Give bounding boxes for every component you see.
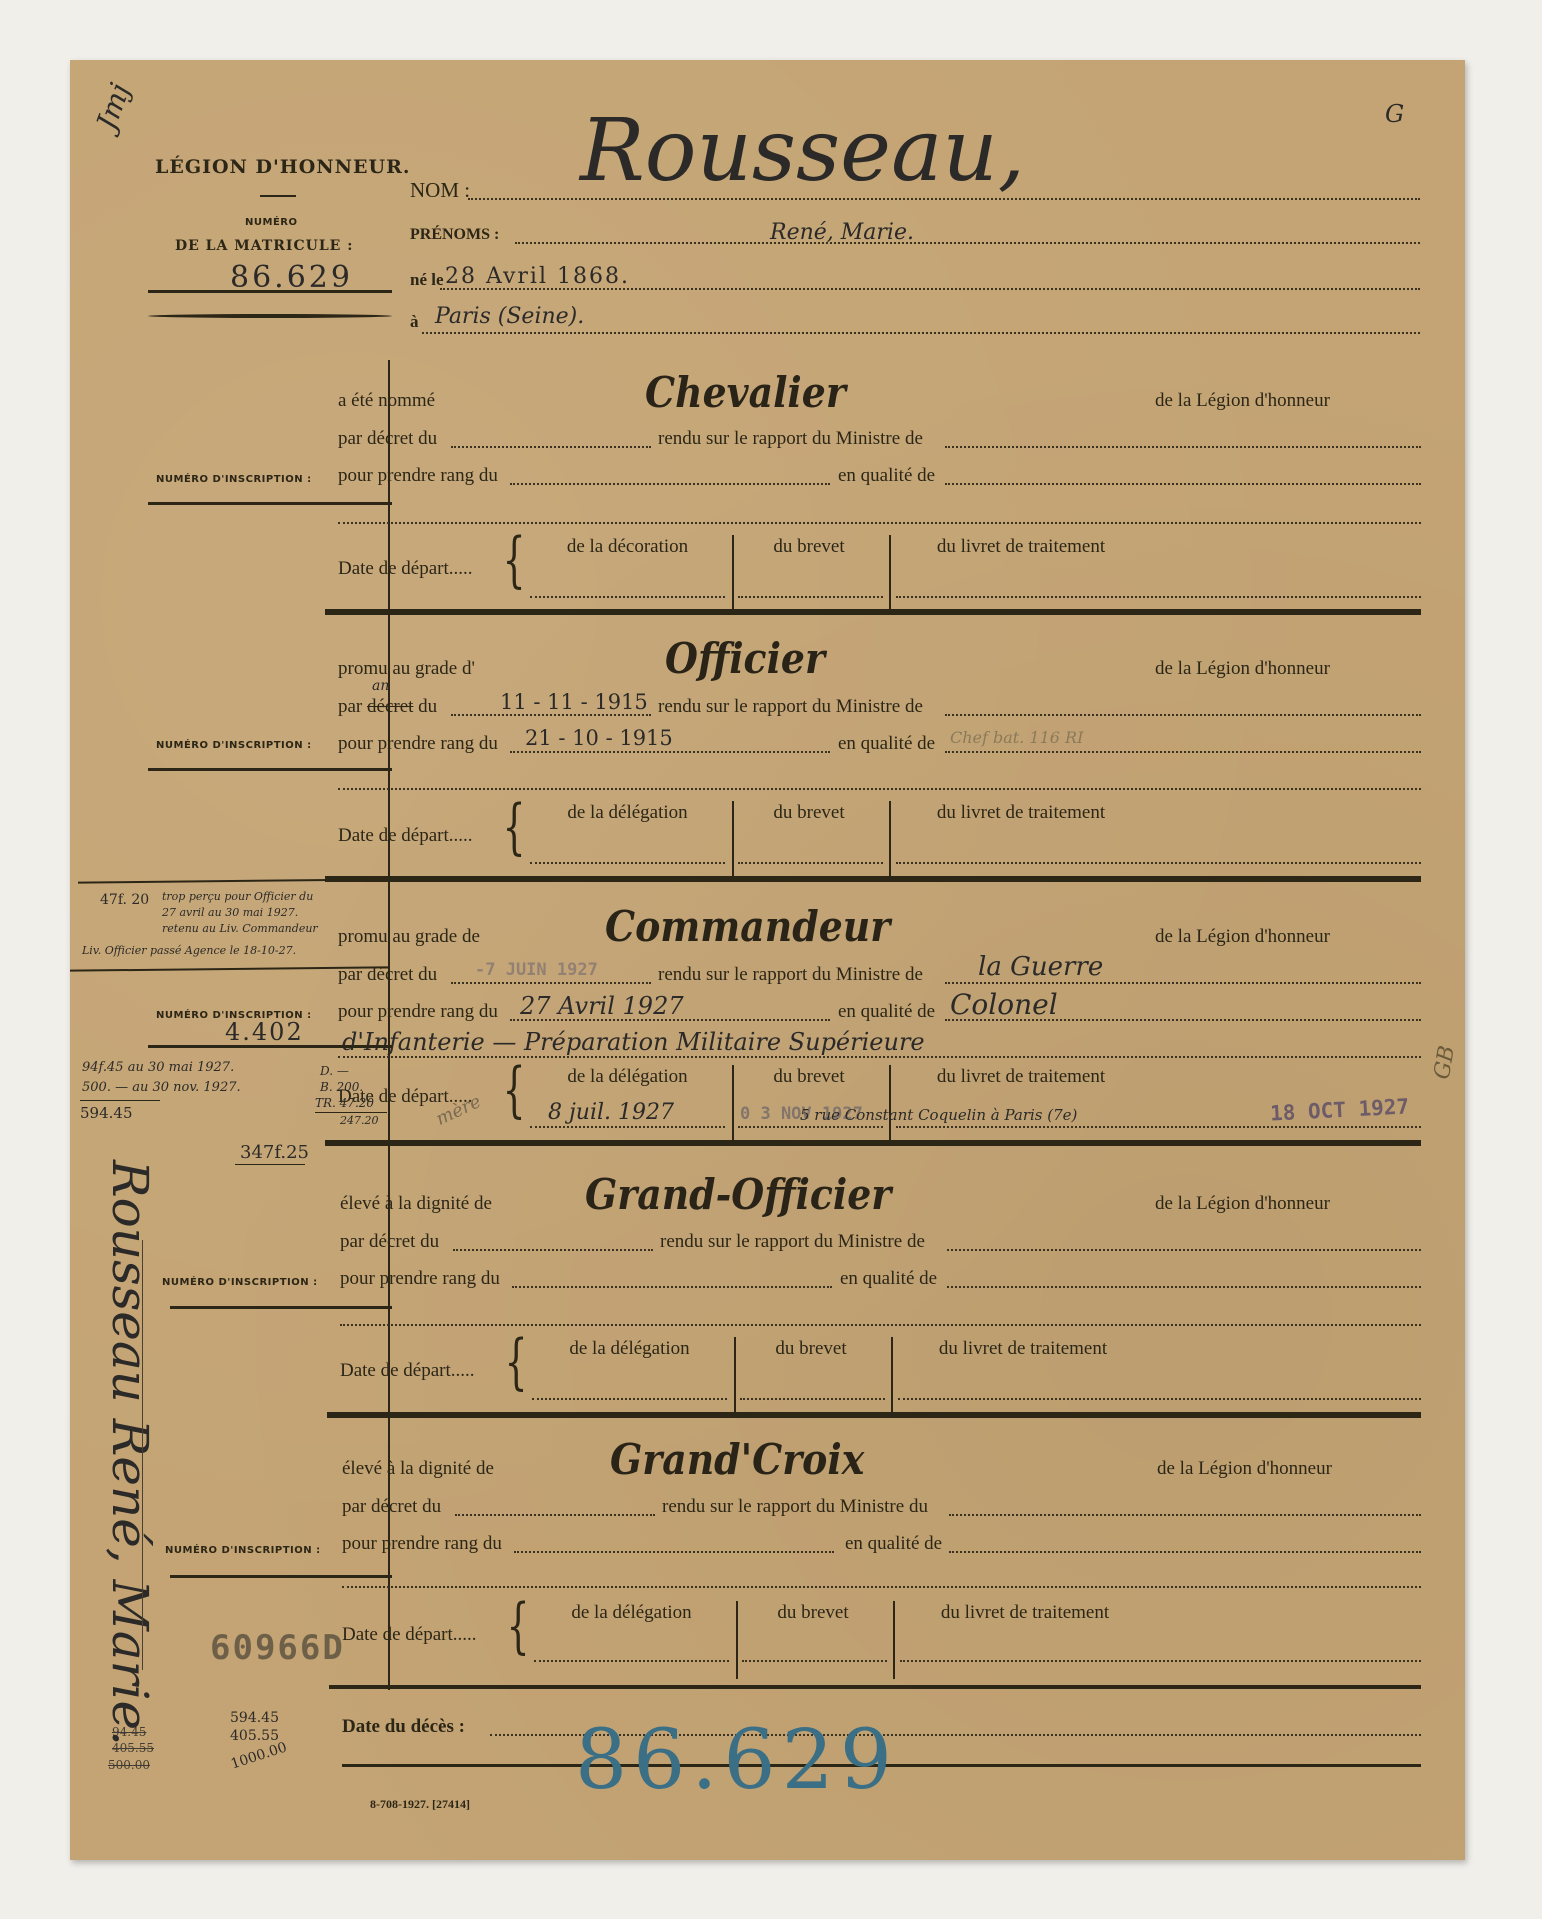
ministre-field[interactable]	[949, 1514, 1421, 1516]
qualite-value-line2: d'Infanterie — Préparation Militaire Sup…	[342, 1028, 925, 1056]
matricule-ornament	[148, 314, 392, 318]
depart-delegation-field[interactable]	[532, 1398, 727, 1400]
inscription-label: NUMÉRO D'INSCRIPTION :	[165, 1545, 321, 1556]
depart-livret-field[interactable]	[896, 1126, 1421, 1128]
inscription-line	[170, 1306, 392, 1309]
grade-title: Grand'Croix	[610, 1435, 864, 1484]
grade-title: Chevalier	[645, 368, 846, 417]
ne-le-value: 28 Avril 1868.	[445, 264, 630, 289]
sum-a-3: 1000.00	[229, 1739, 289, 1772]
qualite-value: Colonel	[950, 988, 1058, 1021]
rendu-label: rendu sur le rapport du Ministre de	[660, 1231, 925, 1253]
qualite-label: en qualité de	[845, 1533, 942, 1555]
depart-brevet-field[interactable]	[738, 596, 883, 598]
col-delegation-head: de la délégation	[534, 1602, 729, 1624]
qualite-label: en qualité de	[840, 1268, 937, 1290]
qualite-field[interactable]	[945, 483, 1421, 485]
rang-label: pour prendre rang du	[340, 1268, 500, 1290]
rang-label: pour prendre rang du	[338, 1001, 498, 1023]
deces-label: Date du décès :	[342, 1716, 465, 1738]
qualite-field-line2[interactable]	[338, 522, 1421, 524]
date-depart-label: Date de départ.....	[338, 558, 473, 580]
vertical-name-container: Rousseau René, Marie.	[100, 1160, 160, 1680]
decret-label-prefix: par décret du	[338, 696, 437, 718]
col-brevet-head: du brevet	[734, 802, 884, 824]
col-delegation-head: de la délégation	[530, 802, 725, 824]
qualite-label: en qualité de	[838, 1001, 935, 1023]
rang-date-field[interactable]	[510, 483, 830, 485]
calc-total: 594.45	[80, 1104, 133, 1122]
legion-suffix: de la Légion d'honneur	[1155, 390, 1330, 412]
rendu-label: rendu sur le rapport du Ministre de	[658, 696, 923, 718]
qualite-field[interactable]	[947, 1286, 1421, 1288]
calc-line1: 94f.45 au 30 mai 1927.	[82, 1060, 234, 1075]
legion-suffix: de la Légion d'honneur	[1155, 658, 1330, 680]
decret-label: par décret du	[342, 1496, 441, 1518]
ministre-field[interactable]	[945, 982, 1421, 984]
numero-label: NUMÉRO	[245, 217, 297, 228]
balance-amount: 347f.25	[240, 1142, 309, 1163]
grade-title: Officier	[665, 634, 825, 683]
decret-date-field[interactable]	[451, 982, 651, 984]
deduction-total: 247.20	[340, 1114, 379, 1127]
vertical-name-rule	[142, 1240, 143, 1670]
qualite-field-line2[interactable]	[342, 1586, 1421, 1588]
intro-label: promu au grade de	[338, 926, 480, 948]
sum-b-2: 405.55	[112, 1741, 154, 1755]
col-livret-head: du livret de traitement	[891, 1066, 1151, 1088]
qualite-field-line2[interactable]	[340, 1324, 1421, 1326]
ministre-field[interactable]	[945, 446, 1421, 448]
decret-label: par décret du	[338, 428, 437, 450]
calc-rule	[80, 1100, 160, 1101]
rang-label: pour prendre rang du	[342, 1533, 502, 1555]
depart-delegation-field[interactable]	[534, 1660, 729, 1662]
depart-brevet-field[interactable]	[738, 862, 883, 864]
vertical-name: Rousseau René, Marie.	[100, 1160, 160, 1680]
legion-suffix: de la Légion d'honneur	[1155, 926, 1330, 948]
rang-date-field[interactable]	[510, 751, 830, 753]
inscription-line	[148, 1045, 392, 1048]
order-title: LÉGION D'HONNEUR.	[155, 156, 410, 178]
qualite-field[interactable]	[949, 1551, 1421, 1553]
prenoms-line[interactable]	[515, 242, 1420, 244]
depart-decoration-field[interactable]	[530, 596, 725, 598]
depart-livret-field[interactable]	[898, 1398, 1421, 1400]
section-separator	[325, 609, 1421, 615]
decret-label: par décret du	[338, 964, 437, 986]
qualite-field-line2[interactable]	[338, 788, 1421, 790]
a-label: à	[410, 312, 419, 332]
legion-suffix: de la Légion d'honneur	[1157, 1458, 1332, 1480]
col-brevet-head: du brevet	[738, 1602, 888, 1624]
inscription-line	[170, 1575, 392, 1578]
col-brevet-head: du brevet	[736, 1338, 886, 1360]
rendu-label: rendu sur le rapport du Ministre du	[662, 1496, 928, 1518]
personnel-record-card: Jmj G LÉGION D'HONNEUR. NUMÉRO DE LA MAT…	[70, 60, 1465, 1860]
decret-date-field[interactable]	[451, 446, 651, 448]
depart-livret-field[interactable]	[896, 596, 1421, 598]
col-decoration-head: de la décoration	[530, 536, 725, 558]
date-depart-label: Date de départ.....	[338, 825, 473, 847]
brace-icon: {	[503, 797, 526, 857]
grade-title: Commandeur	[605, 902, 890, 951]
section-separator	[325, 1140, 1421, 1146]
date-depart-label: Date de départ.....	[342, 1624, 477, 1646]
col-brevet-head: du brevet	[734, 1066, 884, 1088]
col-livret-head: du livret de traitement	[891, 536, 1151, 558]
intro-label: promu au grade d'	[338, 658, 475, 680]
ne-le-label: né le	[410, 270, 444, 290]
a-line[interactable]	[422, 332, 1420, 334]
qualite-field[interactable]	[945, 751, 1421, 753]
rang-date-value: 27 Avril 1927	[520, 992, 684, 1020]
date-depart-label: Date de départ.....	[340, 1360, 475, 1382]
depart-livret-field[interactable]	[896, 862, 1421, 864]
print-reference: 8-708-1927. [27414]	[370, 1797, 470, 1812]
ministre-field[interactable]	[945, 714, 1421, 716]
corner-initials-left: Jmj	[90, 79, 137, 134]
corner-initials-right: G	[1385, 100, 1404, 128]
decret-date-field[interactable]	[455, 1514, 655, 1516]
rang-date-field[interactable]	[514, 1551, 834, 1553]
prenoms-label: PRÉNOMS :	[410, 226, 499, 244]
matricule-label: DE LA MATRICULE :	[175, 238, 353, 254]
col-brevet-head: du brevet	[734, 536, 884, 558]
inscription-label: NUMÉRO D'INSCRIPTION :	[162, 1277, 318, 1288]
blue-matricule-number: 86.629	[575, 1720, 898, 1802]
sum-b-1: 94.45	[112, 1725, 146, 1739]
legion-suffix: de la Légion d'honneur	[1155, 1193, 1330, 1215]
decret-label: par décret du	[340, 1231, 439, 1253]
decret-date-stamp: -7 JUIN 1927	[475, 960, 598, 980]
registry-stamp-number: 60966D	[210, 1628, 345, 1668]
qualite-label: en qualité de	[838, 733, 935, 755]
note-amount: 47f. 20	[100, 892, 149, 908]
brace-icon: {	[503, 530, 526, 590]
depart-livret-field[interactable]	[900, 1660, 1421, 1662]
birthplace-value: Paris (Seine).	[435, 304, 584, 329]
struck-decret: décret	[367, 696, 413, 717]
rendu-label: rendu sur le rapport du Ministre de	[658, 428, 923, 450]
section-separator	[327, 1412, 1421, 1418]
brace-icon: {	[503, 1060, 526, 1120]
col-delegation-head: de la délégation	[532, 1338, 727, 1360]
sum-a-1: 594.45	[230, 1710, 279, 1726]
intro-label: a été nommé	[338, 390, 435, 412]
depart-brevet-field[interactable]	[742, 1660, 887, 1662]
depart-delegation-field[interactable]	[530, 1126, 725, 1128]
matricule-underline	[148, 290, 392, 293]
title-divider	[260, 195, 296, 197]
qualite-field-line2[interactable]	[338, 1056, 1421, 1058]
grade-title: Grand-Officier	[585, 1170, 891, 1219]
sum-b-3: 500.00	[108, 1758, 150, 1772]
decret-date-field[interactable]	[453, 1249, 653, 1251]
inscription-line	[148, 502, 392, 505]
inscription-line	[148, 768, 392, 771]
sum-a-2: 405.55	[230, 1728, 279, 1744]
decret-correction: an	[372, 678, 389, 694]
deduction-b: B. 200.	[320, 1080, 363, 1094]
section-separator	[329, 1685, 1421, 1689]
col-livret-head: du livret de traitement	[893, 1338, 1153, 1360]
nom-label: NOM :	[410, 178, 470, 203]
inscription-value: 4.402	[225, 1018, 304, 1046]
calc-line2: 500. — au 30 nov. 1927.	[82, 1080, 241, 1095]
section-separator	[325, 876, 1421, 882]
depart-delegation-value: 8 juil. 1927	[548, 1100, 674, 1125]
intro-label: élevé à la dignité de	[340, 1193, 492, 1215]
deduction-tr: TR. 47.20	[315, 1096, 374, 1110]
inscription-label: NUMÉRO D'INSCRIPTION :	[156, 474, 312, 485]
note-line2: 27 avril au 30 mai 1927.	[162, 906, 298, 919]
rendu-label: rendu sur le rapport du Ministre de	[658, 964, 923, 986]
brace-icon: {	[505, 1332, 528, 1392]
depart-livret-address: 5 rue Constant Coquelin à Paris (7e)	[800, 1106, 1077, 1124]
decret-date-value: 11 - 11 - 1915	[500, 690, 648, 714]
intro-label: élevé à la dignité de	[342, 1458, 494, 1480]
balance-underline	[235, 1164, 305, 1165]
col-delegation-head: de la délégation	[530, 1066, 725, 1088]
ministre-field[interactable]	[947, 1249, 1421, 1251]
nom-value: Rousseau,	[580, 108, 1025, 194]
rang-label: pour prendre rang du	[338, 465, 498, 487]
deduction-rule	[315, 1112, 387, 1113]
rang-date-field[interactable]	[512, 1286, 832, 1288]
col-livret-head: du livret de traitement	[895, 1602, 1155, 1624]
ministre-value: la Guerre	[978, 952, 1103, 982]
depart-brevet-field[interactable]	[740, 1398, 885, 1400]
rang-label: pour prendre rang du	[338, 733, 498, 755]
side-initials: GB	[1430, 1044, 1460, 1082]
note-line3: retenu au Liv. Commandeur	[162, 922, 318, 935]
note-line1: trop perçu pour Officier du	[162, 890, 313, 903]
prenoms-value: René, Marie.	[770, 220, 914, 245]
note-line4: Liv. Officier passé Agence le 18-10-27.	[82, 944, 296, 957]
brace-icon: {	[507, 1596, 530, 1656]
deduction-d: D. —	[320, 1064, 349, 1078]
depart-brevet-field[interactable]	[738, 1126, 883, 1128]
inscription-label: NUMÉRO D'INSCRIPTION :	[156, 740, 312, 751]
livret-date-stamp: 18 OCT 1927	[1269, 1094, 1409, 1125]
rang-date-value: 21 - 10 - 1915	[525, 726, 673, 750]
qualite-value: Chef bat. 116 RI	[950, 728, 1083, 747]
decret-date-field[interactable]	[451, 714, 651, 716]
qualite-label: en qualité de	[838, 465, 935, 487]
depart-delegation-field[interactable]	[530, 862, 725, 864]
col-livret-head: du livret de traitement	[891, 802, 1151, 824]
